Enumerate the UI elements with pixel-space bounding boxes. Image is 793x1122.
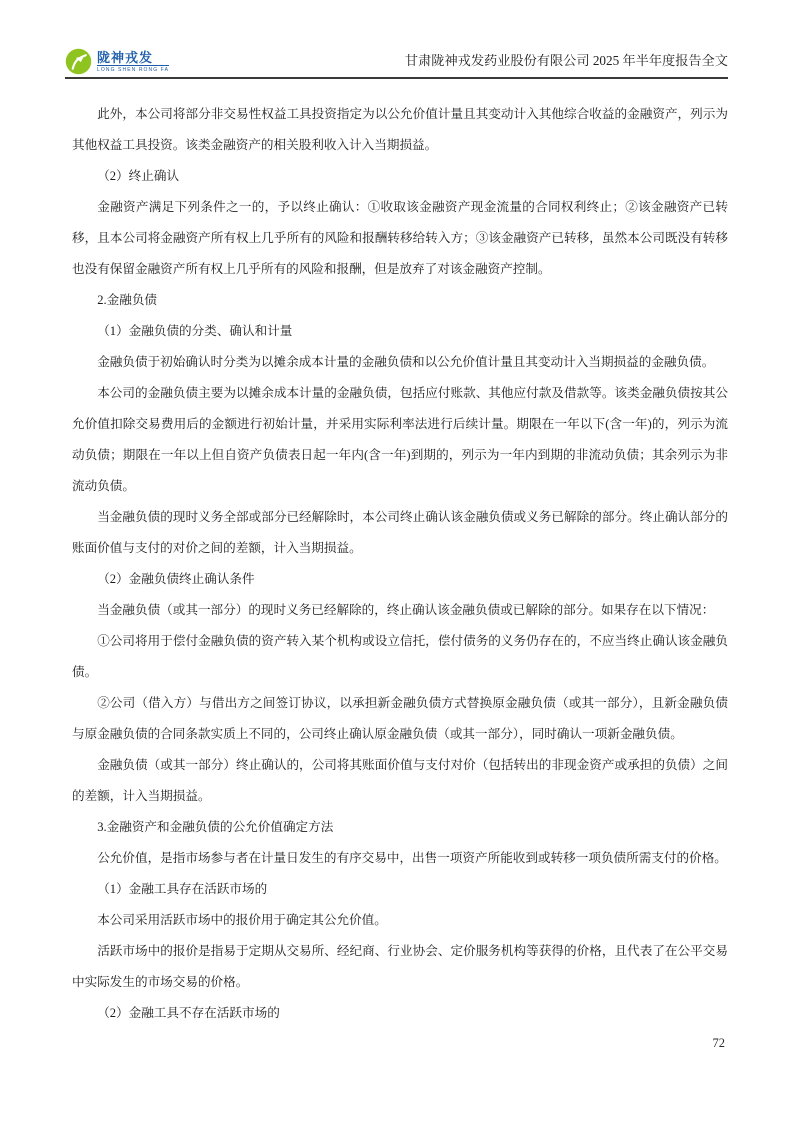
section-heading: （2）金融工具不存在活跃市场的: [72, 998, 728, 1029]
report-title: 甘肃陇神戎发药业股份有限公司 2025 年半年度报告全文: [405, 50, 728, 69]
paragraph: 金融资产满足下列条件之一的，予以终止确认：①收取该金融资产现金流量的合同权利终止…: [72, 192, 728, 285]
section-heading: （1）金融负债的分类、确认和计量: [72, 316, 728, 347]
paragraph: 公允价值，是指市场参与者在计量日发生的有序交易中，出售一项资产所能收到或转移一项…: [72, 843, 728, 874]
section-heading: （2）终止确认: [72, 161, 728, 192]
logo-name-cn: 陇神戎发: [97, 50, 169, 65]
logo-text: 陇神戎发 LONG SHEN RONG FA: [97, 50, 169, 74]
paragraph: 此外，本公司将部分非交易性权益工具投资指定为以公允价值计量且其变动计入其他综合收…: [72, 99, 728, 161]
paragraph: 金融负债于初始确认时分类为以摊余成本计量的金融负债和以公允价值计量且其变动计入当…: [72, 347, 728, 378]
paragraph: 活跃市场中的报价是指易于定期从交易所、经纪商、行业协会、定价服务机构等获得的价格…: [72, 936, 728, 998]
section-heading: 3.金融资产和金融负债的公允价值确定方法: [72, 812, 728, 843]
logo-name-en: LONG SHEN RONG FA: [97, 65, 169, 74]
section-heading: （2）金融负债终止确认条件: [72, 564, 728, 595]
document-body: 此外，本公司将部分非交易性权益工具投资指定为以公允价值计量且其变动计入其他综合收…: [72, 99, 728, 1029]
section-heading: 2.金融负债: [72, 285, 728, 316]
page-number: 72: [713, 1036, 726, 1051]
paragraph: 本公司采用活跃市场中的报价用于确定其公允价值。: [72, 905, 728, 936]
company-logo-icon: [65, 48, 92, 75]
paragraph: ①公司将用于偿付金融负债的资产转入某个机构或设立信托，偿付债务的义务仍存在的，不…: [72, 626, 728, 688]
paragraph: 当金融负债的现时义务全部或部分已经解除时，本公司终止确认该金融负债或义务已解除的…: [72, 502, 728, 564]
paragraph: 当金融负债（或其一部分）的现时义务已经解除的，终止确认该金融负债或已解除的部分。…: [72, 595, 728, 626]
report-page: 陇神戎发 LONG SHEN RONG FA 甘肃陇神戎发药业股份有限公司 20…: [0, 0, 793, 1122]
page-header: 陇神戎发 LONG SHEN RONG FA 甘肃陇神戎发药业股份有限公司 20…: [65, 0, 728, 79]
section-heading: （1）金融工具存在活跃市场的: [72, 874, 728, 905]
paragraph: 金融负债（或其一部分）终止确认的，公司将其账面价值与支付对价（包括转出的非现金资…: [72, 750, 728, 812]
company-logo: 陇神戎发 LONG SHEN RONG FA: [65, 48, 169, 75]
paragraph: ②公司（借入方）与借出方之间签订协议，以承担新金融负债方式替换原金融负债（或其一…: [72, 688, 728, 750]
paragraph: 本公司的金融负债主要为以摊余成本计量的金融负债，包括应付账款、其他应付款及借款等…: [72, 378, 728, 502]
